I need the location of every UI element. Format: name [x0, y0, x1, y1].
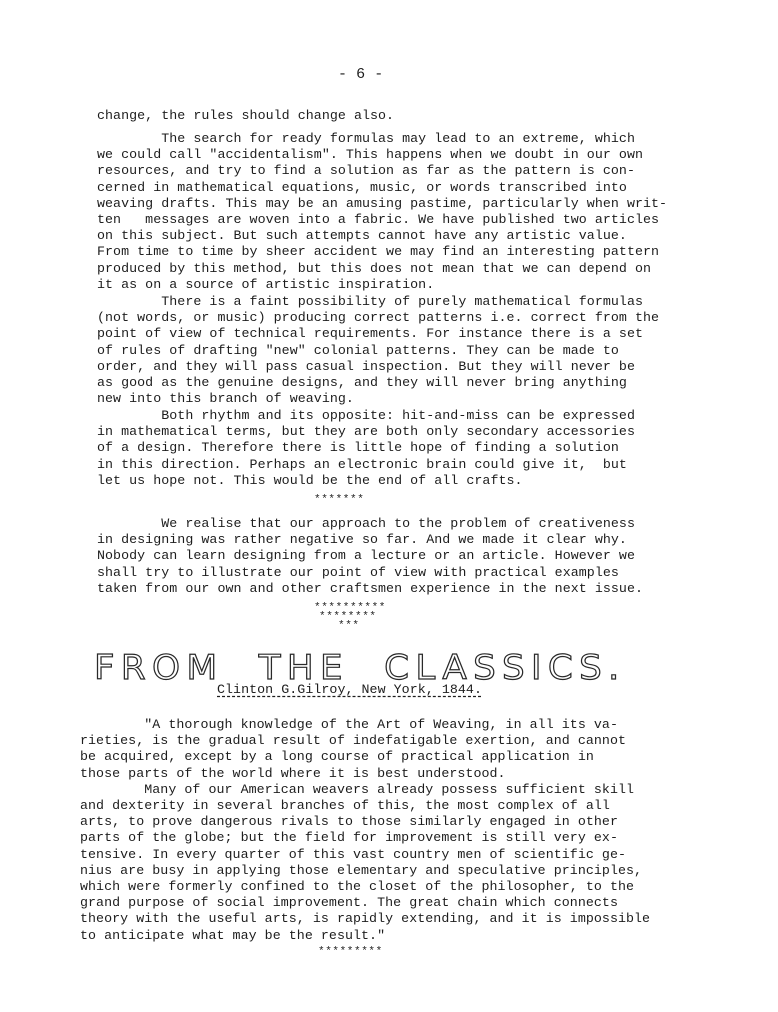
text-line: From time to time by sheer accident we m…	[97, 244, 659, 260]
text-line: "A thorough knowledge of the Art of Weav…	[80, 717, 618, 733]
text-line: There is a faint possibility of purely m…	[97, 294, 643, 310]
separator-stars-3: *********	[318, 947, 383, 957]
text-line: those parts of the world where it is bes…	[80, 766, 506, 782]
text-line: produced by this method, but this does n…	[97, 261, 651, 277]
text-line: and dexterity in several branches of thi…	[80, 798, 610, 814]
text-line: be acquired, except by a long course of …	[80, 749, 594, 765]
text-line: Many of our American weavers already pos…	[80, 782, 634, 798]
text-line: in this direction. Perhaps an electronic…	[97, 457, 627, 473]
text-line: we could call "accidentalism". This happ…	[97, 147, 643, 163]
text-line: taken from our own and other craftsmen e…	[97, 581, 643, 597]
text-line: The search for ready formulas may lead t…	[97, 131, 635, 147]
text-line: of a design. Therefore there is little h…	[97, 440, 619, 456]
text-line: parts of the globe; but the field for im…	[80, 830, 618, 846]
text-line: nius are busy in applying those elementa…	[80, 863, 642, 879]
text-line: resources, and try to find a solution as…	[97, 163, 635, 179]
text-line: point of view of technical requirements.…	[97, 326, 643, 342]
text-line: change, the rules should change also.	[97, 108, 394, 124]
text-line: let us hope not. This would be the end o…	[97, 473, 523, 489]
document-page: - 6 - ******* ********** ******** *** FR…	[0, 0, 778, 1012]
text-line: theory with the useful arts, is rapidly …	[80, 911, 650, 927]
text-line: which were formerly confined to the clos…	[80, 879, 634, 895]
text-line: tensive. In every quarter of this vast c…	[80, 847, 626, 863]
text-line: weaving drafts. This may be an amusing p…	[97, 196, 667, 212]
text-line: Both rhythm and its opposite: hit-and-mi…	[97, 408, 635, 424]
text-line: cerned in mathematical equations, music,…	[97, 180, 627, 196]
text-line: in designing was rather negative so far.…	[97, 532, 627, 548]
text-line: as good as the genuine designs, and they…	[97, 375, 627, 391]
text-line: new into this branch of weaving.	[97, 391, 354, 407]
separator-stars-1: *******	[314, 495, 364, 505]
text-line: arts, to prove dangerous rivals to those…	[80, 814, 618, 830]
text-line: on this subject. But such attempts canno…	[97, 228, 627, 244]
text-line: of rules of drafting "new" colonial patt…	[97, 343, 619, 359]
text-line: (not words, or music) producing correct …	[97, 310, 659, 326]
text-line: We realise that our approach to the prob…	[97, 516, 635, 532]
text-line: ten messages are woven into a fabric. We…	[97, 212, 659, 228]
text-line: in mathematical terms, but they are both…	[97, 424, 635, 440]
section-byline: Clinton G.Gilroy, New York, 1844.	[217, 682, 482, 698]
text-line: shall try to illustrate our point of vie…	[97, 565, 619, 581]
text-line: grand purpose of social improvement. The…	[80, 895, 618, 911]
separator-stars-2c: ***	[338, 621, 360, 631]
text-line: order, and they will pass casual inspect…	[97, 359, 635, 375]
page-number: - 6 -	[338, 66, 383, 83]
text-line: to anticipate what may be the result."	[80, 928, 385, 944]
text-line: it as on a source of artistic inspiratio…	[97, 277, 434, 293]
text-line: rieties, is the gradual result of indefa…	[80, 733, 626, 749]
text-line: Nobody can learn designing from a lectur…	[97, 548, 635, 564]
